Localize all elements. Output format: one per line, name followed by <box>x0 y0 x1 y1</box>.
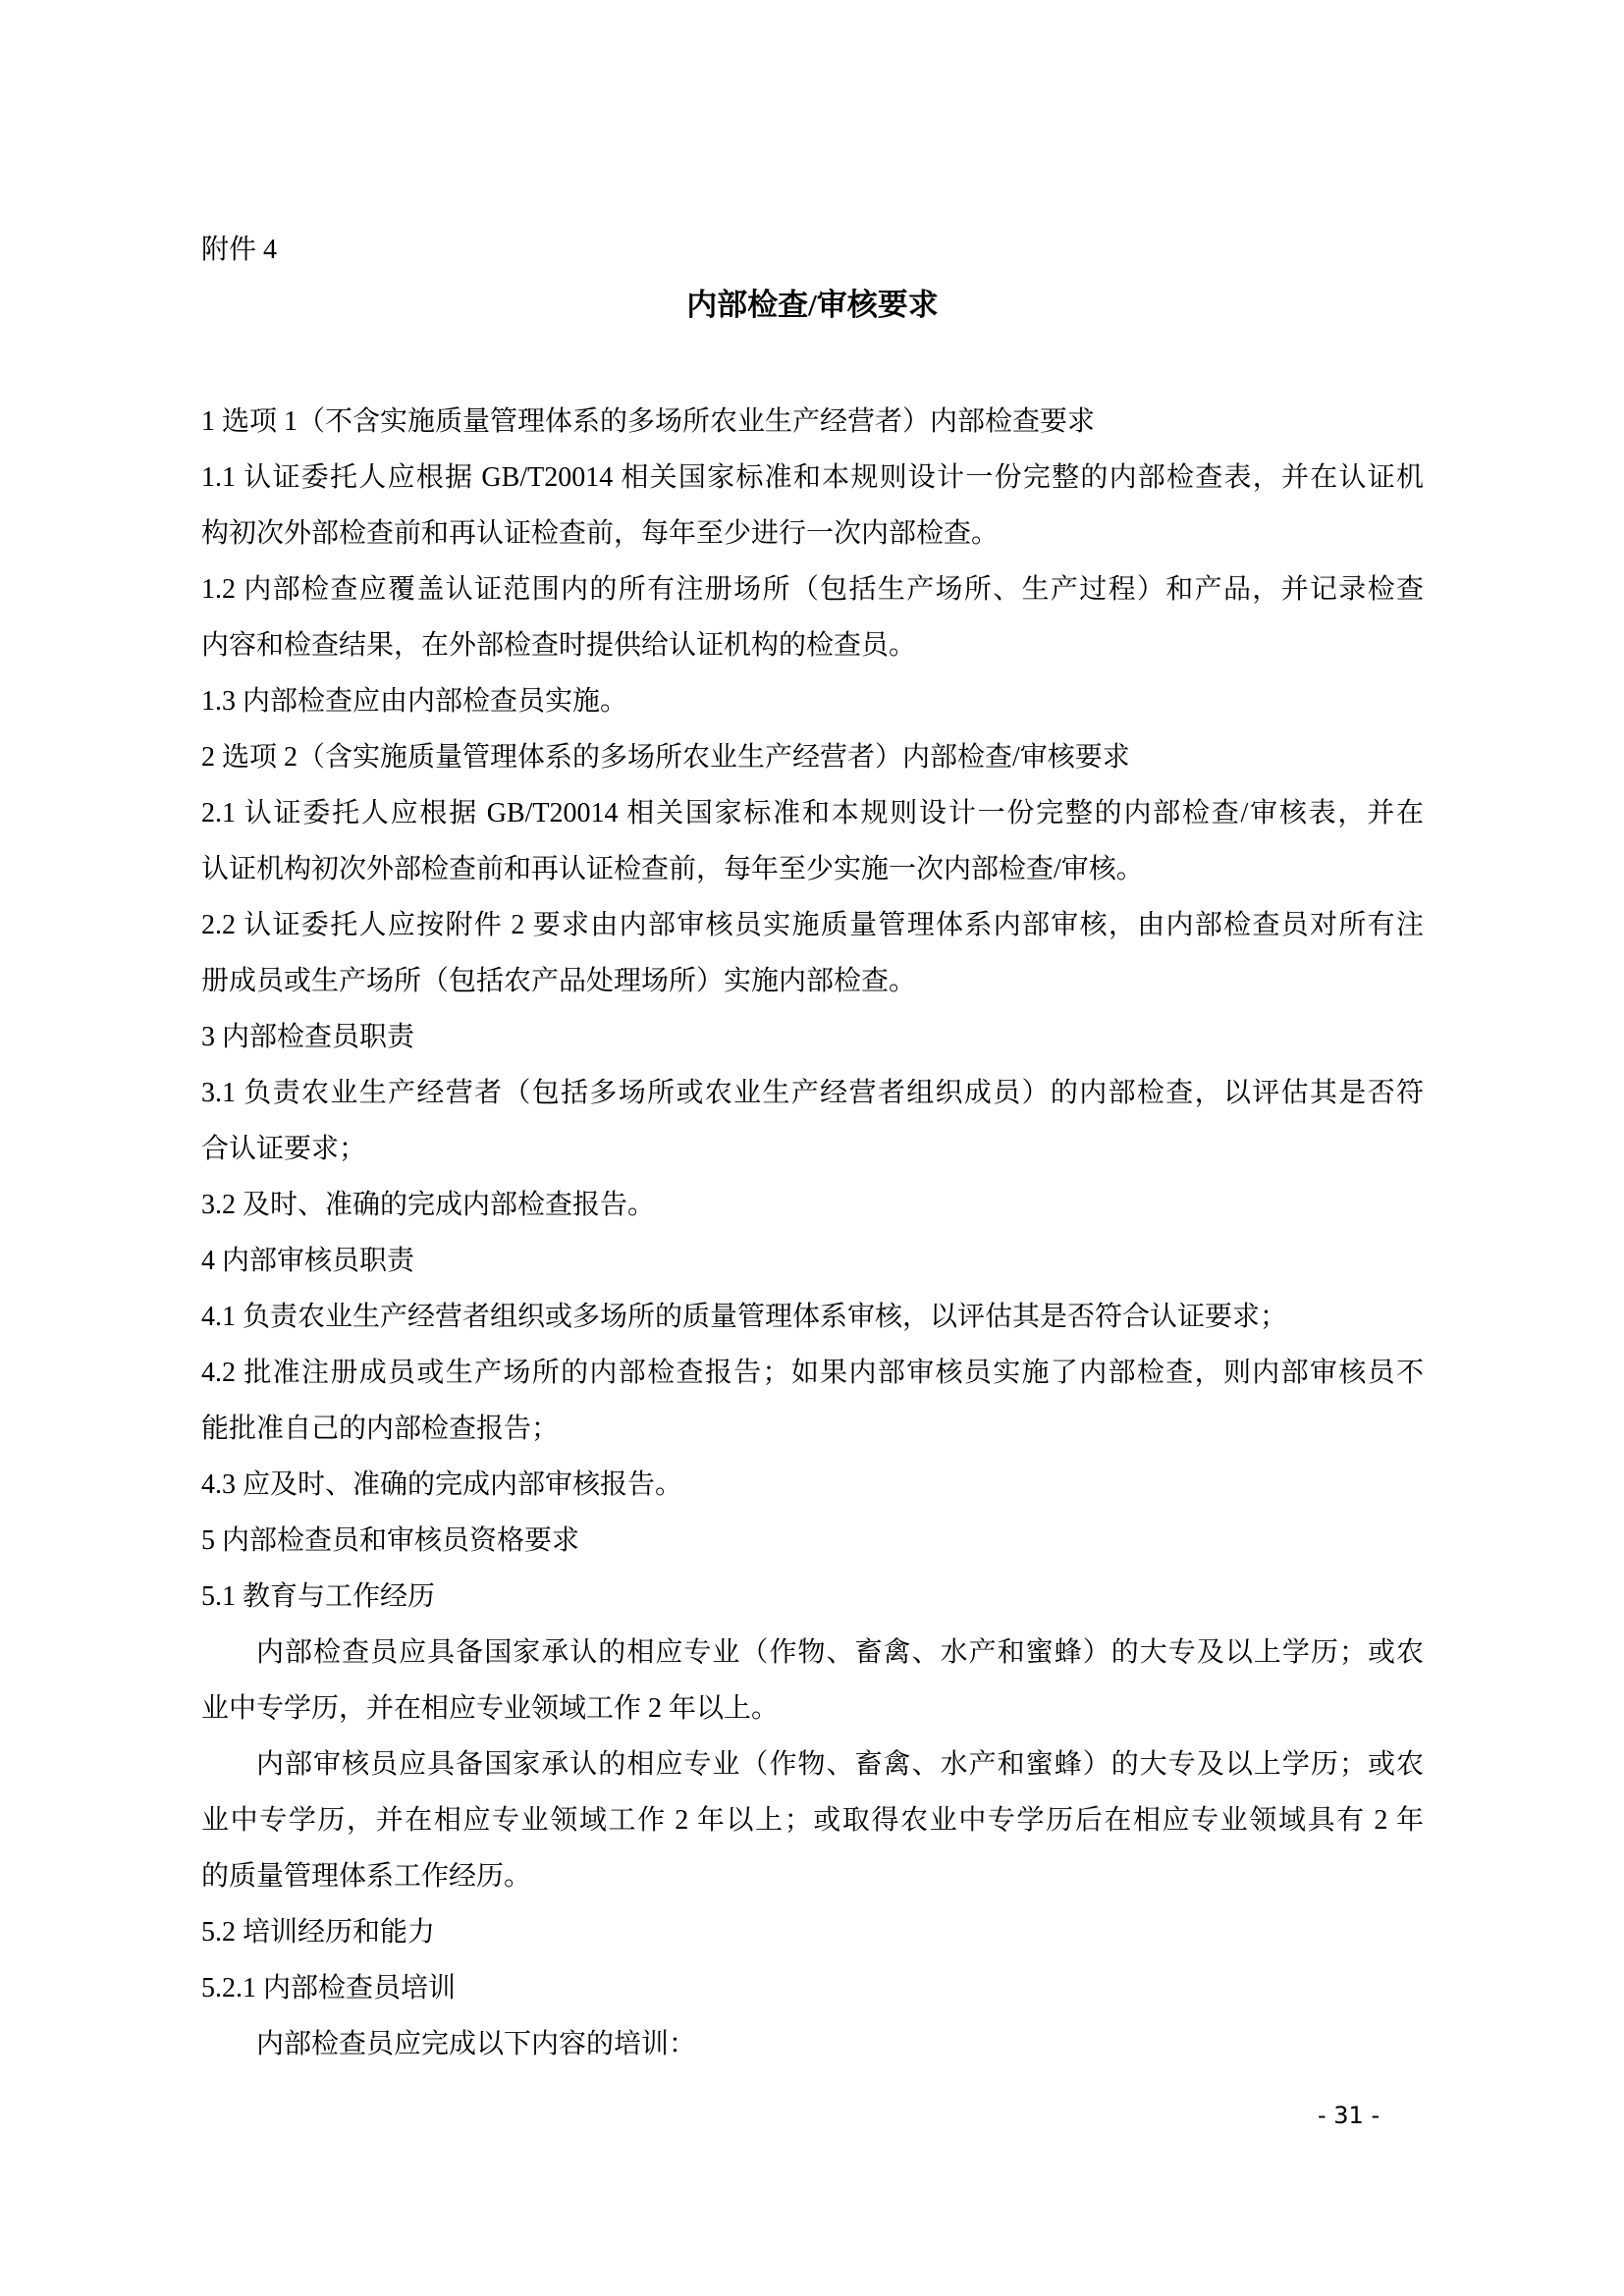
text-line: 构初次外部检查前和再认证检查前，每年至少进行一次内部检查。 <box>201 506 1424 561</box>
text-line: 的质量管理体系工作经历。 <box>201 1848 1424 1904</box>
text-line: 1.1 认证委托人应根据 GB/T20014 相关国家标准和本规则设计一份完整的… <box>201 450 1424 506</box>
text-line: 能批准自己的内部检查报告； <box>201 1401 1424 1457</box>
attachment-label: 附件 4 <box>201 236 277 265</box>
text-line: 5 内部检查员和审核员资格要求 <box>201 1513 1424 1569</box>
text-line: 5.2.1 内部检查员培训 <box>201 1960 1424 2016</box>
text-line: 册成员或生产场所（包括农产品处理场所）实施内部检查。 <box>201 953 1424 1009</box>
text-line: 内部检查员应具备国家承认的相应专业（作物、畜禽、水产和蜜蜂）的大专及以上学历；或… <box>201 1625 1424 1681</box>
text-line: 业中专学历，并在相应专业领域工作 2 年以上。 <box>201 1681 1424 1736</box>
text-line: 1 选项 1（不含实施质量管理体系的多场所农业生产经营者）内部检查要求 <box>201 394 1424 450</box>
text-line: 合认证要求； <box>201 1121 1424 1177</box>
page-number: - 31 - <box>1318 2101 1380 2130</box>
page-title: 内部检查/审核要求 <box>201 286 1424 325</box>
text-line: 1.3 内部检查应由内部检查员实施。 <box>201 673 1424 729</box>
text-line: 4.1 负责农业生产经营者组织或多场所的质量管理体系审核，以评估其是否符合认证要… <box>201 1289 1424 1345</box>
text-line: 1.2 内部检查应覆盖认证范围内的所有注册场所（包括生产场所、生产过程）和产品，… <box>201 561 1424 617</box>
text-line: 3.2 及时、准确的完成内部检查报告。 <box>201 1177 1424 1233</box>
text-line: 2.2 认证委托人应按附件 2 要求由内部审核员实施质量管理体系内部审核，由内部… <box>201 897 1424 953</box>
text-line: 2 选项 2（含实施质量管理体系的多场所农业生产经营者）内部检查/审核要求 <box>201 729 1424 785</box>
document-page: 附件 4 内部检查/审核要求 1 选项 1（不含实施质量管理体系的多场所农业生产… <box>0 0 1624 2296</box>
text-line: 内部检查员应完成以下内容的培训： <box>201 2016 1424 2072</box>
text-line: 3.1 负责农业生产经营者（包括多场所或农业生产经营者组织成员）的内部检查，以评… <box>201 1065 1424 1121</box>
text-line: 内容和检查结果，在外部检查时提供给认证机构的检查员。 <box>201 617 1424 673</box>
text-line: 5.2 培训经历和能力 <box>201 1904 1424 1960</box>
document-body: 1 选项 1（不含实施质量管理体系的多场所农业生产经营者）内部检查要求1.1 认… <box>201 394 1424 2072</box>
text-line: 4 内部审核员职责 <box>201 1233 1424 1289</box>
text-line: 业中专学历，并在相应专业领域工作 2 年以上；或取得农业中专学历后在相应专业领域… <box>201 1792 1424 1848</box>
text-line: 4.2 批准注册成员或生产场所的内部检查报告；如果内部审核员实施了内部检查，则内… <box>201 1345 1424 1401</box>
text-line: 4.3 应及时、准确的完成内部审核报告。 <box>201 1457 1424 1513</box>
text-line: 2.1 认证委托人应根据 GB/T20014 相关国家标准和本规则设计一份完整的… <box>201 785 1424 841</box>
text-line: 内部审核员应具备国家承认的相应专业（作物、畜禽、水产和蜜蜂）的大专及以上学历；或… <box>201 1736 1424 1792</box>
text-line: 3 内部检查员职责 <box>201 1009 1424 1065</box>
text-line: 认证机构初次外部检查前和再认证检查前，每年至少实施一次内部检查/审核。 <box>201 841 1424 897</box>
text-line: 5.1 教育与工作经历 <box>201 1569 1424 1625</box>
